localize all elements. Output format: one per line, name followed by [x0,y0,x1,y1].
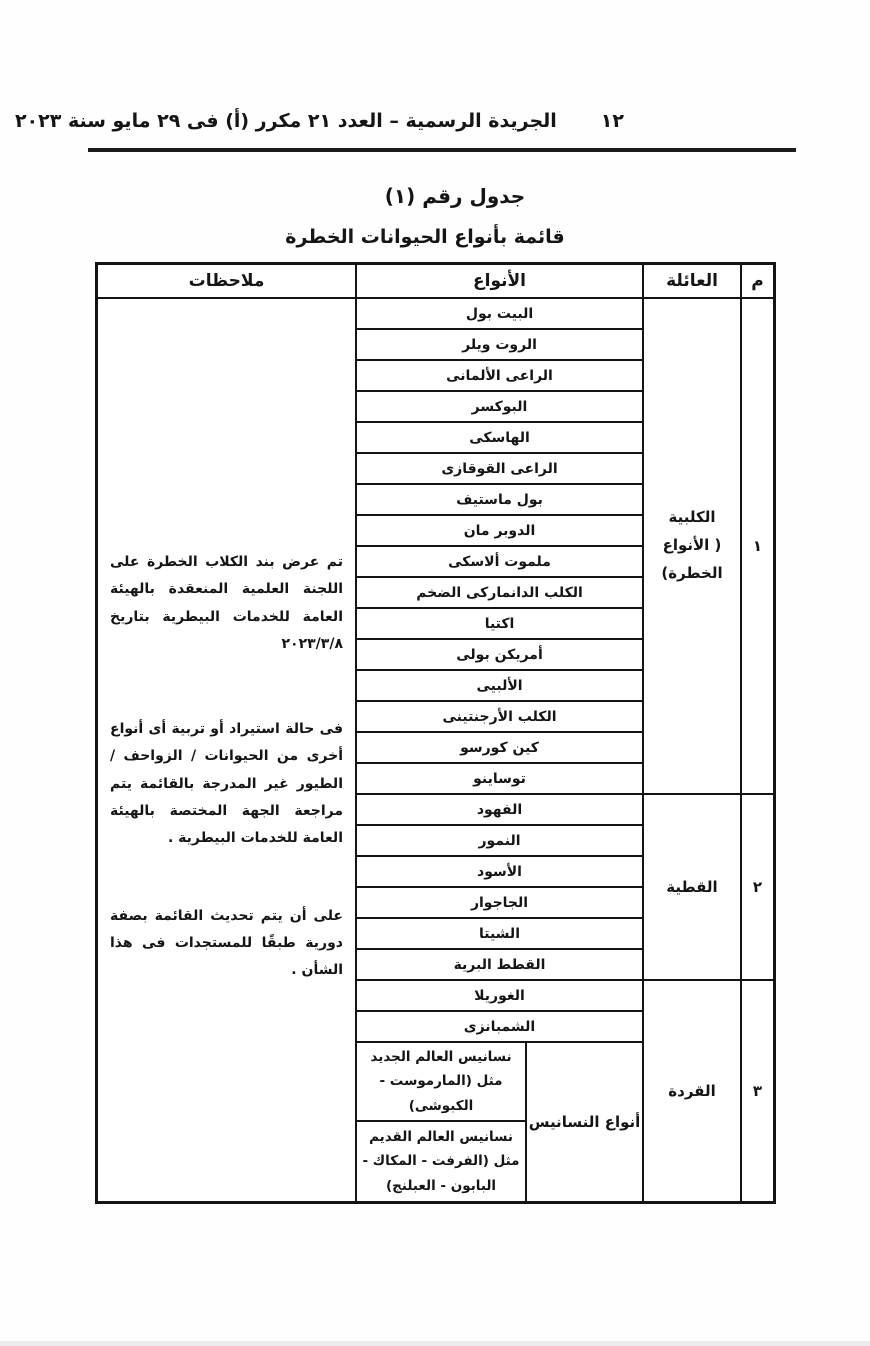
index-cell: ٣ [742,981,773,1201]
header-index: م [742,265,773,299]
dangerous-animals-table: م ١ ٢ ٣ العائلة الكلبية ( الأنواع الخطرة… [95,262,776,1204]
scan-edge-shadow [0,1341,870,1346]
note-paragraph: فى حالة استيراد أو تربية أى أنواع أخرى م… [110,716,343,852]
column-types: الأنواع البيت بول الروت ويلر الراعى الأل… [355,265,642,1201]
subgroup-label-cell: أنواع النسانيس [525,1043,642,1201]
species-cell: القطط البرية [357,950,642,981]
note-paragraph: على أن يتم تحديث القائمة بصفة دورية طبقً… [110,903,343,985]
header-rule [88,148,796,152]
subgroup-items: نسانيس العالم الجديد مثل (المارموست - ال… [357,1043,525,1201]
species-cell: الجاجوار [357,888,642,919]
masthead: ١٢ الجريدة الرسمية – العدد ٢١ مكرر (أ) ف… [15,110,624,132]
header-notes: ملاحظات [98,265,355,299]
species-cell: ملموت ألاسكى [357,547,642,578]
monkeys-subgroup: أنواع النسانيس نسانيس العالم الجديد مثل … [357,1043,642,1201]
notes-cell: تم عرض بند الكلاب الخطرة على اللجنة العل… [98,299,355,1201]
species-cell: كين كورسو [357,733,642,764]
species-cell: الألبيى [357,671,642,702]
gazette-page: ١٢ الجريدة الرسمية – العدد ٢١ مكرر (أ) ف… [0,0,870,1346]
species-cell: اكتيا [357,609,642,640]
species-cell: الأسود [357,857,642,888]
species-cell: الشمبانزى [357,1012,642,1043]
species-cell: نسانيس العالم الجديد مثل (المارموست - ال… [357,1043,525,1122]
species-cell: بول ماستيف [357,485,642,516]
species-cell: الراعى الألمانى [357,361,642,392]
family-cell-monkeys: القردة [644,981,740,1201]
species-cell: الهاسكى [357,423,642,454]
index-cell: ١ [742,299,773,795]
family-cell-cats: القطية [644,795,740,981]
species-cell: النمور [357,826,642,857]
column-notes: ملاحظات تم عرض بند الكلاب الخطرة على الل… [98,265,355,1201]
page-number: ١٢ [601,110,624,132]
species-cell: الكلب الدانماركى الضخم [357,578,642,609]
header-family: العائلة [644,265,740,299]
column-family: العائلة الكلبية ( الأنواع الخطرة) القطية… [642,265,740,1201]
species-cell: أمريكن بولى [357,640,642,671]
column-index: م ١ ٢ ٣ [740,265,773,1201]
species-cell: البيت بول [357,299,642,330]
table-title: جدول رقم (١) [255,184,655,208]
note-paragraph: تم عرض بند الكلاب الخطرة على اللجنة العل… [110,549,343,658]
species-cell: الفهود [357,795,642,826]
species-cell: الراعى القوقازى [357,454,642,485]
gazette-header-title: الجريدة الرسمية – العدد ٢١ مكرر (أ) فى ٢… [15,110,557,132]
species-cell: نسانيس العالم القديم مثل (الفرفت - المكا… [357,1122,525,1201]
species-cell: الدوبر مان [357,516,642,547]
index-cell: ٢ [742,795,773,981]
species-cell: الغوريلا [357,981,642,1012]
species-cell: الروت ويلر [357,330,642,361]
table-subtitle: قائمة بأنواع الحيوانات الخطرة [225,226,625,248]
species-cell: الكلب الأرجنتينى [357,702,642,733]
species-cell: توساينو [357,764,642,795]
species-cell: البوكسر [357,392,642,423]
family-cell-dogs: الكلبية ( الأنواع الخطرة) [644,299,740,795]
header-types: الأنواع [357,265,642,299]
species-cell: الشيتا [357,919,642,950]
